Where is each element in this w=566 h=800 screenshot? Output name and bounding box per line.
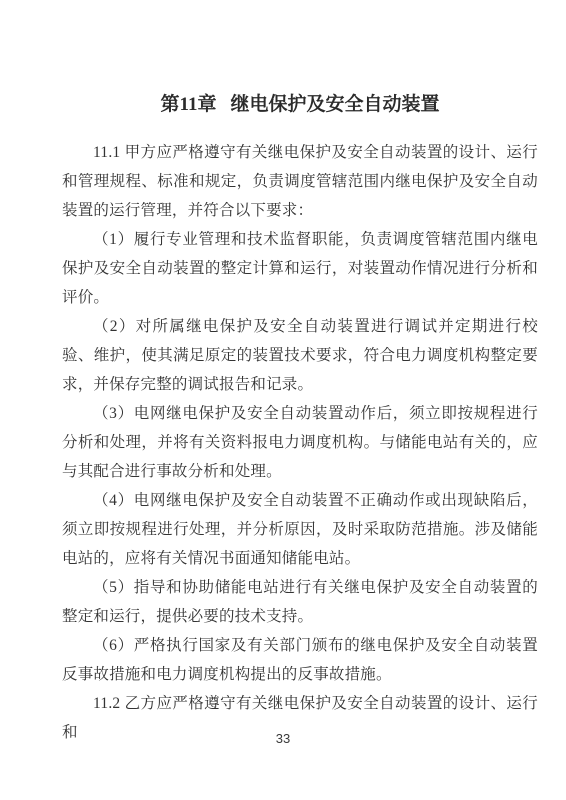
paragraph: 11.1 甲方应严格遵守有关继电保护及安全自动装置的设计、运行和管理规程、标准和… xyxy=(62,138,538,225)
chapter-number: 第11章 xyxy=(161,92,217,118)
document-page: 第11章继电保护及安全自动装置 11.1 甲方应严格遵守有关继电保护及安全自动装… xyxy=(0,0,566,800)
paragraph: （6）严格执行国家及有关部门颁布的继电保护及安全自动装置反事故措施和电力调度机构… xyxy=(62,631,538,689)
paragraph: （3）电网继电保护及安全自动装置动作后，须立即按规程进行分析和处理，并将有关资料… xyxy=(62,399,538,486)
chapter-name: 继电保护及安全自动装置 xyxy=(230,94,439,115)
chapter-title: 第11章继电保护及安全自动装置 xyxy=(62,92,538,118)
paragraph: （1）履行专业管理和技术监督职能，负责调度管辖范围内继电保护及安全自动装置的整定… xyxy=(62,225,538,312)
document-body: 11.1 甲方应严格遵守有关继电保护及安全自动装置的设计、运行和管理规程、标准和… xyxy=(62,138,538,747)
paragraph: （5）指导和协助储能电站进行有关继电保护及安全自动装置的整定和运行，提供必要的技… xyxy=(62,573,538,631)
paragraph: （4）电网继电保护及安全自动装置不正确动作或出现缺陷后，须立即按规程进行处理，并… xyxy=(62,486,538,573)
page-number: 33 xyxy=(0,731,566,746)
paragraph: （2）对所属继电保护及安全自动装置进行调试并定期进行校验、维护，使其满足原定的装… xyxy=(62,312,538,399)
